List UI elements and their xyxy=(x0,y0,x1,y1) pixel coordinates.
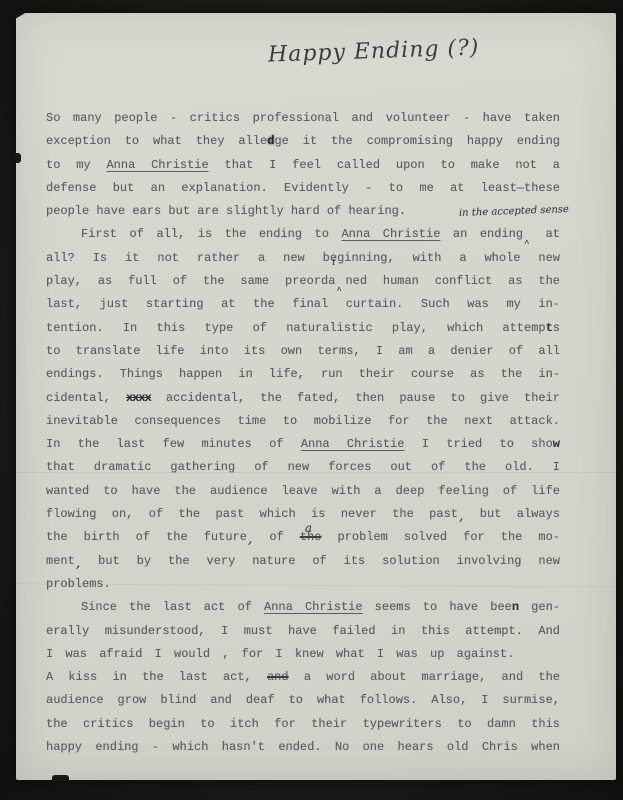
handwritten-insertion: in the accepted sense^ xyxy=(523,225,533,237)
struck-out-text: xxxx xyxy=(126,391,151,405)
text-block: So many people - critics professional an… xyxy=(46,107,560,759)
typed-text: In the last few minutes of xyxy=(46,437,301,451)
handwritten-title: Happy Ending (?) xyxy=(268,35,480,67)
typed-text: Since the last act of xyxy=(81,600,264,614)
text-line: wanted to have the audience leave with a… xyxy=(46,480,560,503)
text-line: First of all, is the ending to Anna Chri… xyxy=(46,223,560,246)
text-line: all? Is it not rather a new beginning, w… xyxy=(46,247,560,270)
typed-text: seems to have bee xyxy=(363,600,512,614)
typed-text: erally misunderstood, I must have failed… xyxy=(46,624,560,638)
typed-text: to my xyxy=(46,158,106,172)
typed-text: ned human conflict as the xyxy=(345,274,560,288)
handwritten-comma: , xyxy=(459,508,463,524)
typed-text: t xyxy=(546,321,553,335)
handwritten-comma: , xyxy=(76,555,80,571)
typed-text: cidental, xyxy=(46,391,126,405)
play-title-reference: Anna Christie xyxy=(301,437,405,451)
typed-text: happy ending - which hasn't ended. No on… xyxy=(46,740,560,754)
struck-out-text: and xyxy=(267,670,289,684)
play-title-reference: Anna Christie xyxy=(106,158,208,172)
text-line: the birth of the future, of athe problem… xyxy=(46,526,560,549)
text-line: exception to what they alledge it the co… xyxy=(46,130,560,153)
typed-text: all? Is it not rather a new beginning, w… xyxy=(46,251,560,265)
typed-text: ment xyxy=(46,554,75,568)
typed-text: I tried to sho xyxy=(405,437,553,451)
typed-text: people have ears but are slightly hard o… xyxy=(46,204,406,218)
typed-text: but always xyxy=(464,507,560,521)
typed-text: audience grow blind and deaf to what fol… xyxy=(46,693,560,707)
text-line: happy ending - which hasn't ended. No on… xyxy=(46,736,560,759)
typed-text: A kiss in the last act, xyxy=(46,670,267,684)
text-line: last, just starting at the final curtain… xyxy=(46,293,560,316)
typed-text: I was afraid I would , for I knew what I… xyxy=(46,647,514,661)
text-line: cidental, xxxx accidental, the fated, th… xyxy=(46,387,560,410)
handwritten-comma: , xyxy=(248,531,252,547)
text-line: In the last few minutes of Anna Christie… xyxy=(46,433,560,456)
typed-text: defense but an explanation. Evidently - … xyxy=(46,181,560,195)
text-line: inevitable consequences time to mobilize… xyxy=(46,410,560,433)
play-title-reference: Anna Christie xyxy=(264,600,363,614)
text-line: So many people - critics professional an… xyxy=(46,107,560,130)
text-line: endings. Things happen in life, run thei… xyxy=(46,363,560,386)
typed-text: at xyxy=(533,227,560,241)
typed-text: tention. In this type of naturalistic pl… xyxy=(46,321,546,335)
typed-text: last, just starting at the final curtain… xyxy=(46,297,560,311)
typed-text: So many people - critics professional an… xyxy=(46,111,560,125)
typed-text: that I feel called upon to make not a xyxy=(209,158,560,172)
text-line: that dramatic gathering of new forces ou… xyxy=(46,456,560,479)
typed-text: play, as full of the same preorda xyxy=(46,274,335,288)
typed-text: problem solved for the mo- xyxy=(321,530,560,544)
text-line: defense but an explanation. Evidently - … xyxy=(46,177,560,200)
typed-text: accidental, the fated, then pause to giv… xyxy=(151,391,560,405)
play-title-reference: Anna Christie xyxy=(341,227,440,241)
typed-text: a word about marriage, and the xyxy=(289,670,560,684)
text-line: erally misunderstood, I must have failed… xyxy=(46,620,560,643)
typed-text: of xyxy=(253,530,299,544)
typed-text: an ending xyxy=(440,227,523,241)
text-line: play, as full of the same preordai^ned h… xyxy=(46,270,560,293)
typed-text: First of all, is the ending to xyxy=(81,227,341,241)
text-line: to translate life into its own terms, I … xyxy=(46,340,560,363)
typed-text: to translate life into its own terms, I … xyxy=(46,344,560,358)
typed-text: the birth of the future xyxy=(46,530,247,544)
typed-text: n xyxy=(512,600,519,614)
text-line: audience grow blind and deaf to what fol… xyxy=(46,689,560,712)
typed-text: that dramatic gathering of new forces ou… xyxy=(46,460,560,474)
typed-text: the critics begin to itch for their type… xyxy=(46,717,560,731)
typed-text: problems. xyxy=(46,577,111,591)
text-line: tention. In this type of naturalistic pl… xyxy=(46,317,560,340)
handwritten-insertion: i^ xyxy=(335,272,345,284)
paper-corner-chip xyxy=(15,12,27,19)
text-line: A kiss in the last act, and a word about… xyxy=(46,666,560,689)
text-line: flowing on, of the past which is never t… xyxy=(46,503,560,526)
text-line: I was afraid I would , for I knew what I… xyxy=(46,643,560,666)
text-line: the critics begin to itch for their type… xyxy=(46,713,560,736)
typed-text: inevitable consequences time to mobilize… xyxy=(46,414,560,428)
typed-text: ge it the compromising happy ending xyxy=(274,134,560,148)
paper-edge-notch-bottom xyxy=(52,775,69,781)
typed-text: but by the very nature of its solution i… xyxy=(81,554,560,568)
typed-text: w xyxy=(553,437,560,451)
typed-text: endings. Things happen in life, run thei… xyxy=(46,367,560,381)
typed-text: gen- xyxy=(519,600,560,614)
text-line: Since the last act of Anna Christie seem… xyxy=(46,596,560,619)
document-page: Happy Ending (?) So many people - critic… xyxy=(16,13,616,780)
text-line: ment, but by the very nature of its solu… xyxy=(46,550,560,573)
text-line: to my Anna Christie that I feel called u… xyxy=(46,154,560,177)
typed-text: s xyxy=(553,321,560,335)
handwritten-insertion: athe xyxy=(300,530,322,544)
typed-text: exception to what they alle xyxy=(46,134,267,148)
typed-text: flowing on, of the past which is never t… xyxy=(46,507,458,521)
text-line: problems. xyxy=(46,573,560,596)
paper-edge-notch-left xyxy=(15,153,21,163)
typed-text: wanted to have the audience leave with a… xyxy=(46,484,560,498)
